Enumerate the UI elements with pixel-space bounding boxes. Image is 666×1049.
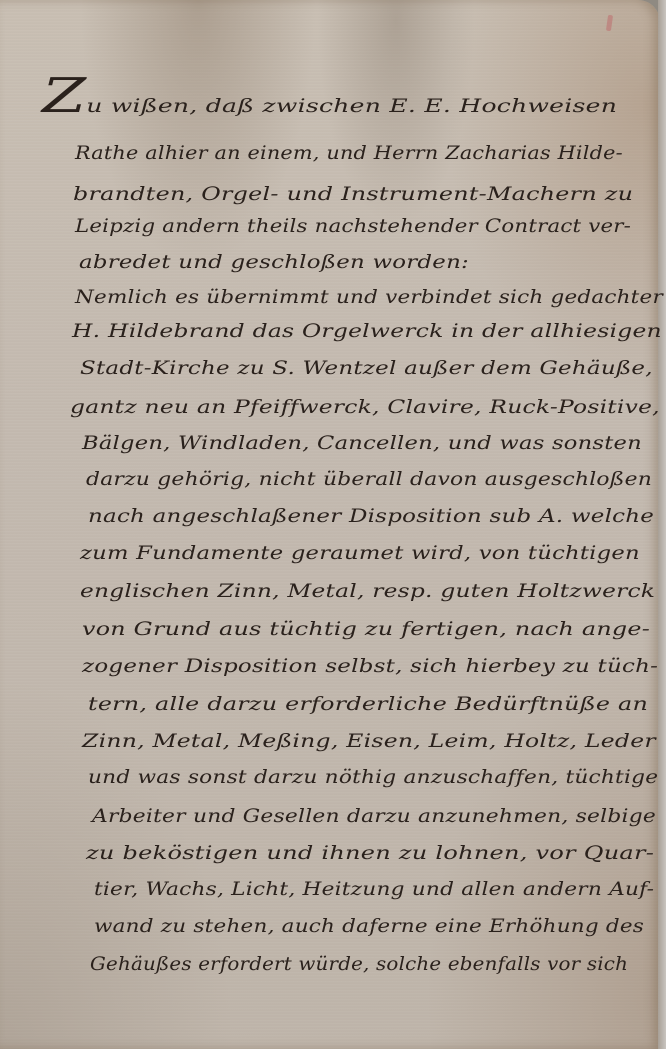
manuscript-line: Nemlich es übernimmt und verbindet sich … [75, 286, 663, 308]
manuscript-line: und was sonst darzu nöthig anzuschaffen,… [88, 766, 658, 788]
manuscript-line: gantz neu an Pfeiffwerck, Clavire, Ruck-… [70, 396, 660, 418]
manuscript-line: von Grund aus tüchtig zu fertigen, nach … [82, 618, 650, 640]
manuscript-line: Zu wißen, daß zwischen E. E. Hochweisen [42, 68, 617, 124]
manuscript-text: Zu wißen, daß zwischen E. E. HochweisenR… [0, 0, 666, 1049]
manuscript-line: wand zu stehen, auch daferne eine Erhöhu… [94, 915, 644, 937]
manuscript-line: zum Fundamente geraumet wird, von tüchti… [80, 542, 640, 564]
manuscript-line: tier, Wachs, Licht, Heitzung und allen a… [94, 878, 654, 900]
manuscript-line: darzu gehörig, nicht überall davon ausge… [86, 468, 652, 490]
manuscript-line: brandten, Orgel- und Instrument-Machern … [73, 183, 633, 205]
manuscript-line: tern, alle darzu erforderliche Bedürftnü… [88, 693, 648, 715]
manuscript-line: Bälgen, Windladen, Cancellen, und was so… [82, 432, 642, 454]
manuscript-line: zu beköstigen und ihnen zu lohnen, vor Q… [86, 842, 654, 864]
manuscript-line: H. Hildebrand das Orgelwerck in der allh… [72, 320, 662, 342]
manuscript-line: englischen Zinn, Metal, resp. guten Holt… [80, 580, 655, 602]
manuscript-line: Gehäußes erfordert würde, solche ebenfal… [90, 953, 628, 975]
manuscript-line: abredet und geschloßen worden: [79, 251, 469, 273]
manuscript-line: Leipzig andern theils nachstehender Cont… [75, 215, 631, 237]
manuscript-line: zogener Disposition selbst, sich hierbey… [82, 655, 658, 677]
manuscript-line: Zinn, Metal, Meßing, Eisen, Leim, Holtz,… [82, 730, 656, 752]
manuscript-line: Stadt-Kirche zu S. Wentzel außer dem Geh… [80, 357, 653, 379]
manuscript-line: nach angeschlaßener Disposition sub A. w… [88, 505, 654, 527]
manuscript-line: Rathe alhier an einem, und Herrn Zachari… [75, 142, 623, 164]
manuscript-line: Arbeiter und Gesellen darzu anzunehmen, … [92, 805, 656, 827]
